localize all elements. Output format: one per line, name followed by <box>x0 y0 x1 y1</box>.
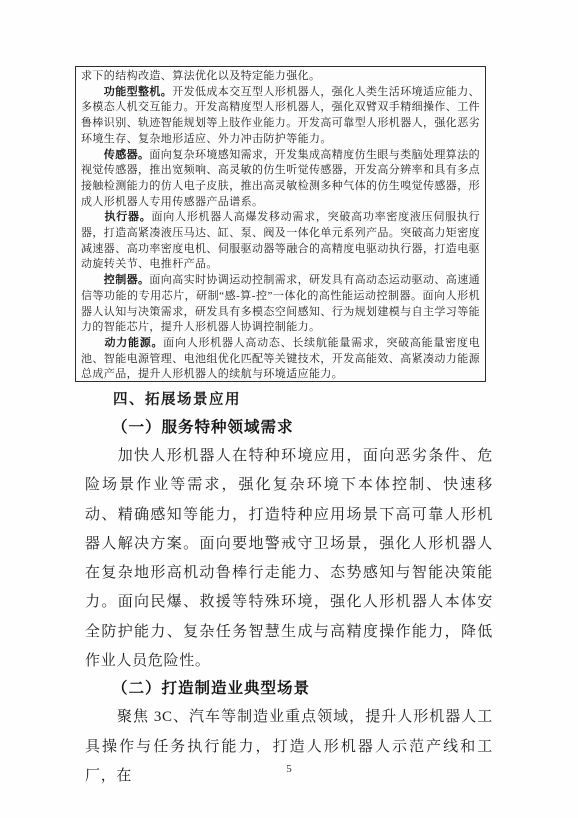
box-paragraph-text: 求下的结构改造、算法优化以及特定能力强化。 <box>81 70 320 82</box>
box-paragraph-lead: 执行器。 <box>81 211 151 223</box>
box-paragraph-lead: 动力能源。 <box>81 337 163 349</box>
box-paragraph: 控制器。面向高实时协调运动控制需求，研发具有高动态运动驱动、高速通信等功能的专用… <box>81 273 480 336</box>
body-paragraph: 聚焦 3C、汽车等制造业重点领域，提升人形机器人工具操作与任务执行能力，打造人形… <box>85 703 493 791</box>
subsection: （一）服务特种领域需求 加快人形机器人在特种环境应用，面向恶劣条件、危险场景作业… <box>85 418 493 676</box>
spec-column-box: 求下的结构改造、算法优化以及特定能力强化。 功能型整机。开发低成本交互型人形机器… <box>75 66 486 382</box>
section-heading: 四、拓展场景应用 <box>113 388 241 409</box>
box-paragraph: 执行器。面向人形机器人高爆发移动需求，突破高功率密度液压伺服执行器，打造高紧凑液… <box>81 210 480 273</box>
box-paragraph-lead: 功能型整机。 <box>81 86 172 98</box>
box-paragraph: 传感器。面向复杂环境感知需求，开发集成高精度仿生眼与类脑处理算法的视觉传感器，推… <box>81 148 480 211</box>
content-area: （一）服务特种领域需求 加快人形机器人在特种环境应用，面向恶劣条件、危险场景作业… <box>85 415 493 791</box>
subsection-heading: （二）打造制造业典型场景 <box>112 679 493 699</box>
box-paragraph: 功能型整机。开发低成本交互型人形机器人，强化人类生活环境适应能力、多模态人机交互… <box>81 85 480 148</box>
box-paragraph-lead: 控制器。 <box>81 274 149 286</box>
body-paragraph: 加快人形机器人在特种环境应用，面向恶劣条件、危险场景作业等需求，强化复杂环境下本… <box>85 442 493 676</box>
subsection-heading: （一）服务特种领域需求 <box>112 418 493 438</box>
box-paragraph: 动力能源。面向人形机器人高动态、长续航能量需求，突破高能量密度电池、智能电源管理… <box>81 336 480 382</box>
box-paragraph-lead: 传感器。 <box>81 149 149 161</box>
box-paragraph: 求下的结构改造、算法优化以及特定能力强化。 <box>81 69 480 85</box>
page-number: 5 <box>0 763 578 775</box>
document-page: 求下的结构改造、算法优化以及特定能力强化。 功能型整机。开发低成本交互型人形机器… <box>0 0 578 818</box>
